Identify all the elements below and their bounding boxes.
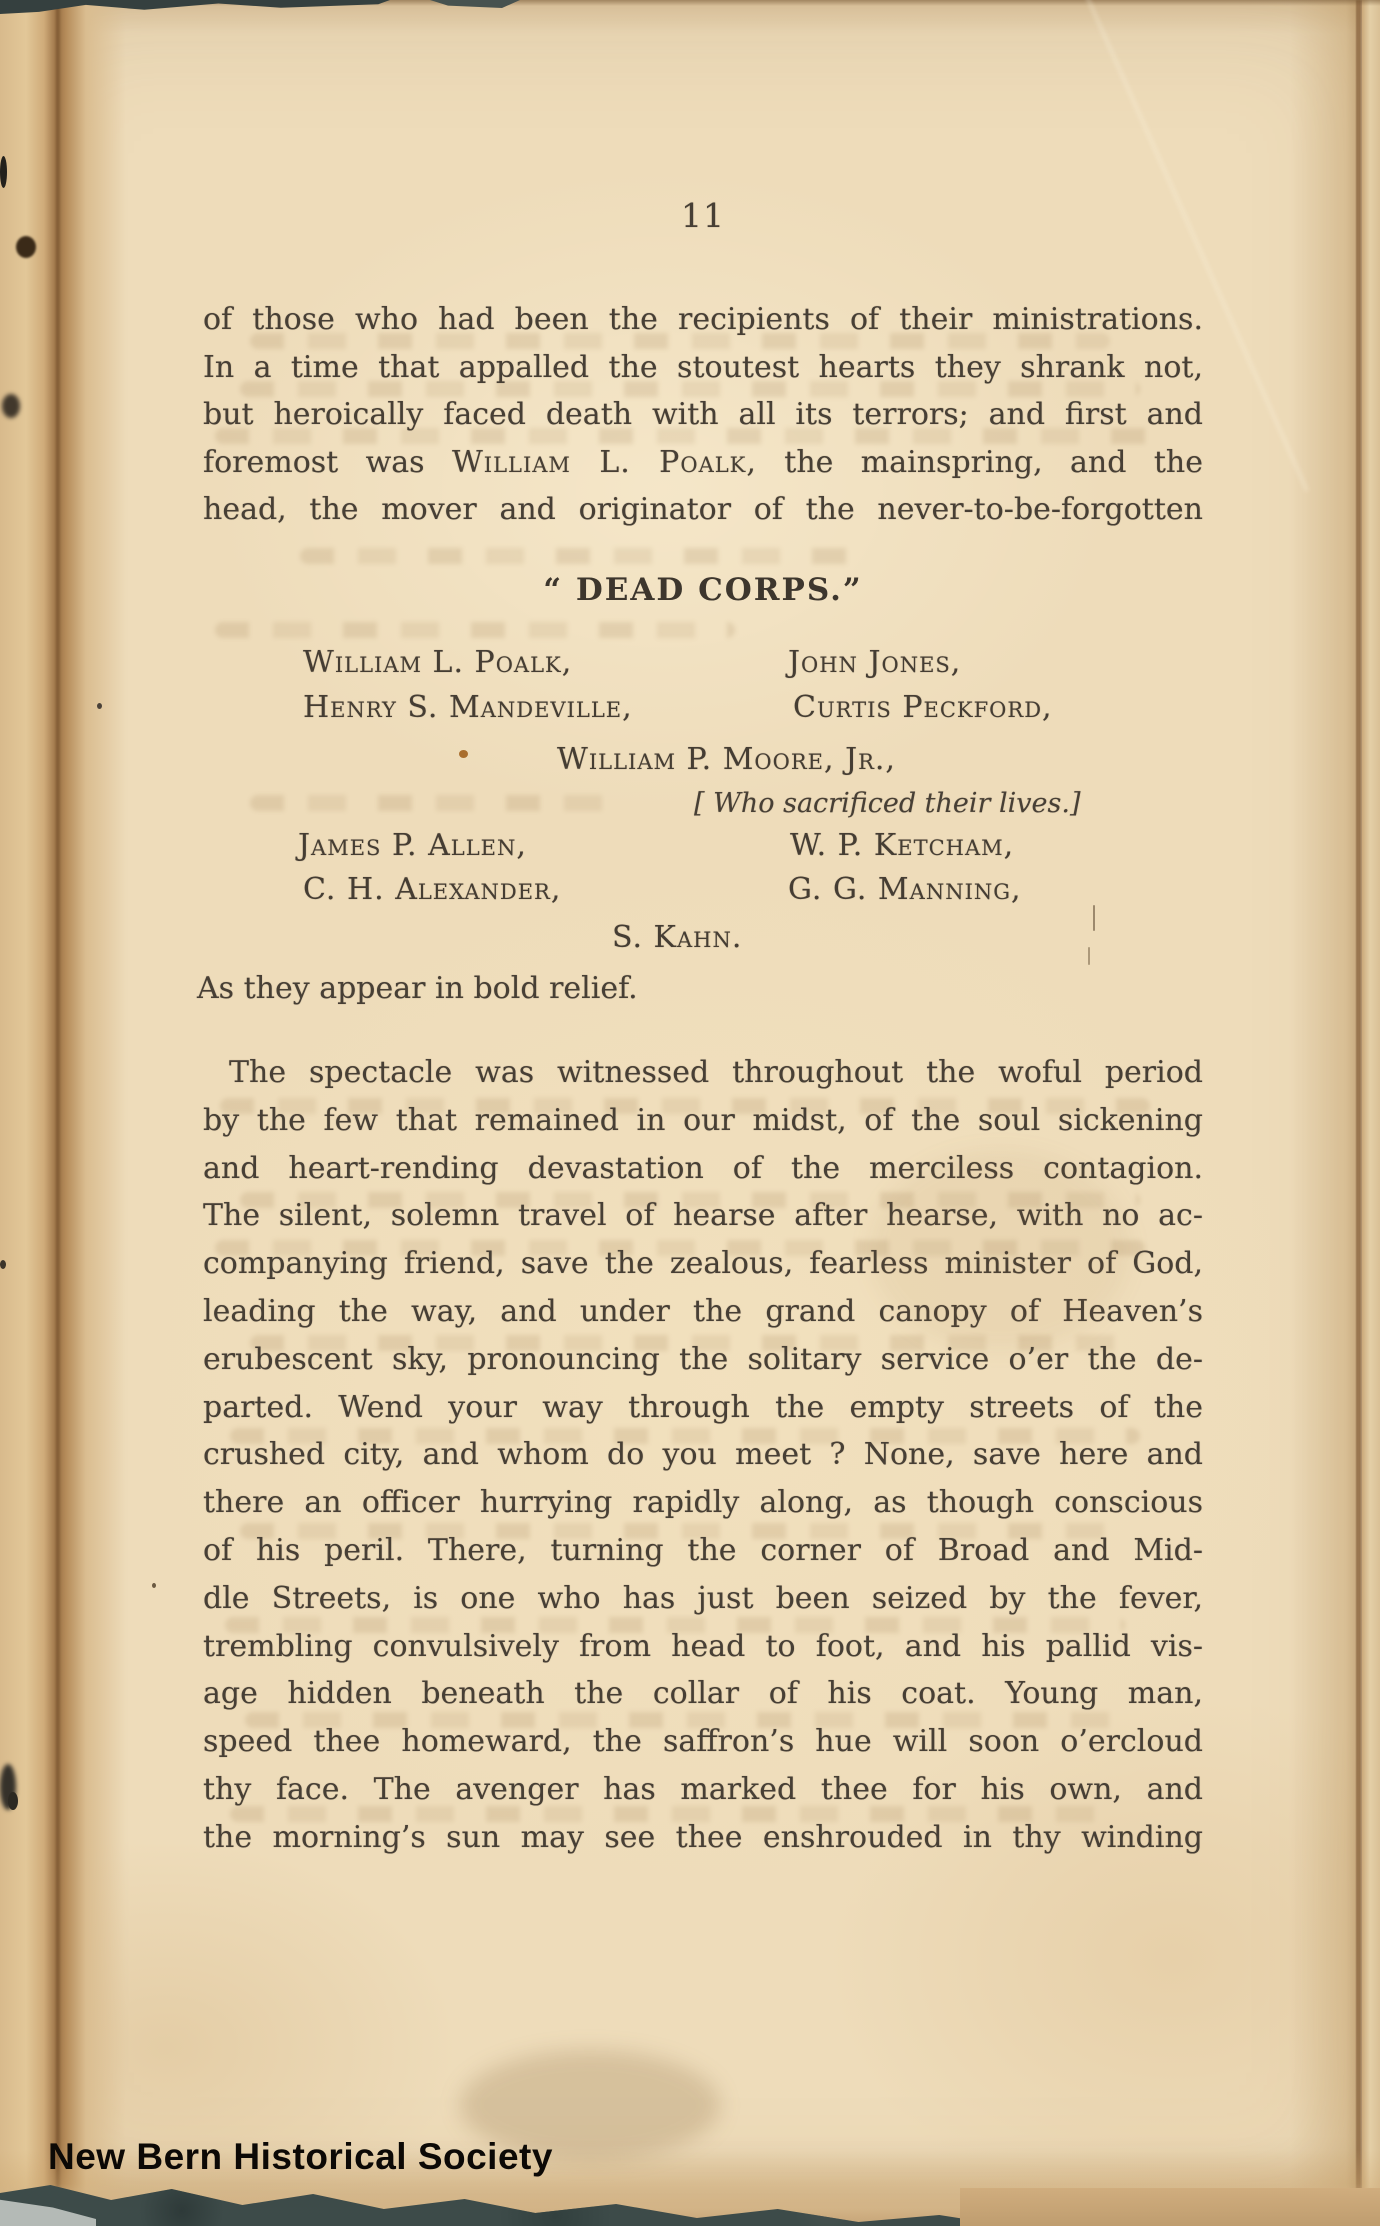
ink-speck — [97, 703, 102, 709]
wormhole-mark — [16, 236, 36, 258]
line-text: the mainspring, and the — [757, 445, 1203, 480]
edge-mark — [0, 1260, 6, 1269]
edge-mark — [8, 1792, 18, 1810]
paragraph-2-line: speed thee homeward, the saffron’s hue w… — [203, 1718, 1203, 1766]
ghost-text-row — [300, 548, 860, 564]
paragraph-2-line: of his peril. There, turning the corner … — [203, 1527, 1203, 1575]
foxing-dot — [459, 750, 468, 758]
name-william-l-poalk: William L. Poalk, — [303, 645, 572, 680]
paragraph-2-line: trembling convulsively from head to foot… — [203, 1623, 1203, 1671]
paragraph-2-line: dle Streets, is one who has just been se… — [203, 1575, 1203, 1623]
name-w-p-ketcham: W. P. Ketcham, — [790, 828, 1014, 863]
name-james-p-allen: James P. Allen, — [298, 828, 527, 863]
paragraph-1-line: of those who had been the recipients of … — [203, 296, 1203, 344]
paragraph-2-line: crushed city, and whom do you meet ? Non… — [203, 1431, 1203, 1479]
name-curtis-peckford: Curtis Peckford, — [793, 690, 1053, 725]
name-c-h-alexander: C. H. Alexander, — [303, 872, 561, 907]
book-gutter-fold — [0, 0, 130, 2226]
ink-speck — [152, 1583, 156, 1588]
paragraph-1-line: In a time that appalled the stoutest hea… — [203, 344, 1203, 392]
paragraph-2-line: The spectacle was witnessed throughout t… — [203, 1049, 1203, 1097]
sacrificed-lives-note: [ Who sacrificed their lives.] — [694, 788, 1081, 819]
paper-stain — [870, 1150, 1130, 1350]
page-number: 11 — [203, 196, 1203, 235]
name-s-kahn: S. Kahn. — [612, 920, 742, 955]
paragraph-2-line: parted. Wend your way through the empty … — [203, 1384, 1203, 1432]
name-john-jones: John Jones, — [788, 645, 961, 680]
aside-bold-relief: As they appear in bold relief. — [197, 971, 638, 1006]
ghost-text-row — [250, 795, 610, 811]
scratch-mark — [1088, 947, 1090, 965]
bottom-page-edges — [960, 2188, 1380, 2226]
paragraph-1-line: but heroically faced death with all its … — [203, 391, 1203, 439]
name-william-p-moore-jr: William P. Moore, Jr., — [557, 742, 896, 777]
paragraph-1-line: head, the mover and originator of the ne… — [203, 486, 1203, 534]
paragraph-2-line: age hidden beneath the collar of his coa… — [203, 1670, 1203, 1718]
underlying-page-edge — [1362, 0, 1380, 2226]
edge-mark — [0, 156, 7, 188]
line-text: foremost was — [203, 445, 452, 480]
paragraph-1: of those who had been the recipients of … — [203, 296, 1203, 534]
paragraph-1-line: foremost was William L. Poalk, the mains… — [203, 439, 1203, 487]
name-g-g-manning: G. G. Manning, — [788, 872, 1022, 907]
paragraph-2-line: there an officer hurrying rapidly along,… — [203, 1479, 1203, 1527]
gutter-crease-line — [56, 0, 60, 2226]
paragraph-2-line: the morning’s sun may see thee enshroude… — [203, 1814, 1203, 1862]
ghost-text-row — [215, 622, 735, 638]
section-heading-dead-corps: “ DEAD CORPS.” — [203, 572, 1203, 608]
paragraph-2-line: erubescent sky, pronouncing the solitary… — [203, 1336, 1203, 1384]
scratch-mark — [1093, 905, 1095, 931]
inline-smallcaps-name: William L. Poalk, — [452, 445, 757, 480]
scanned-book-page: 11 of those who had been the recipients … — [0, 0, 1380, 2226]
paragraph-2-line: by the few that remained in our midst, o… — [203, 1097, 1203, 1145]
paragraph-2-line: thy face. The avenger has marked thee fo… — [203, 1766, 1203, 1814]
watermark-label: New Bern Historical Society — [48, 2136, 553, 2178]
name-henry-s-mandeville: Henry S. Mandeville, — [303, 690, 633, 725]
right-edge-shading — [1290, 0, 1360, 2226]
edge-mark — [2, 394, 20, 418]
